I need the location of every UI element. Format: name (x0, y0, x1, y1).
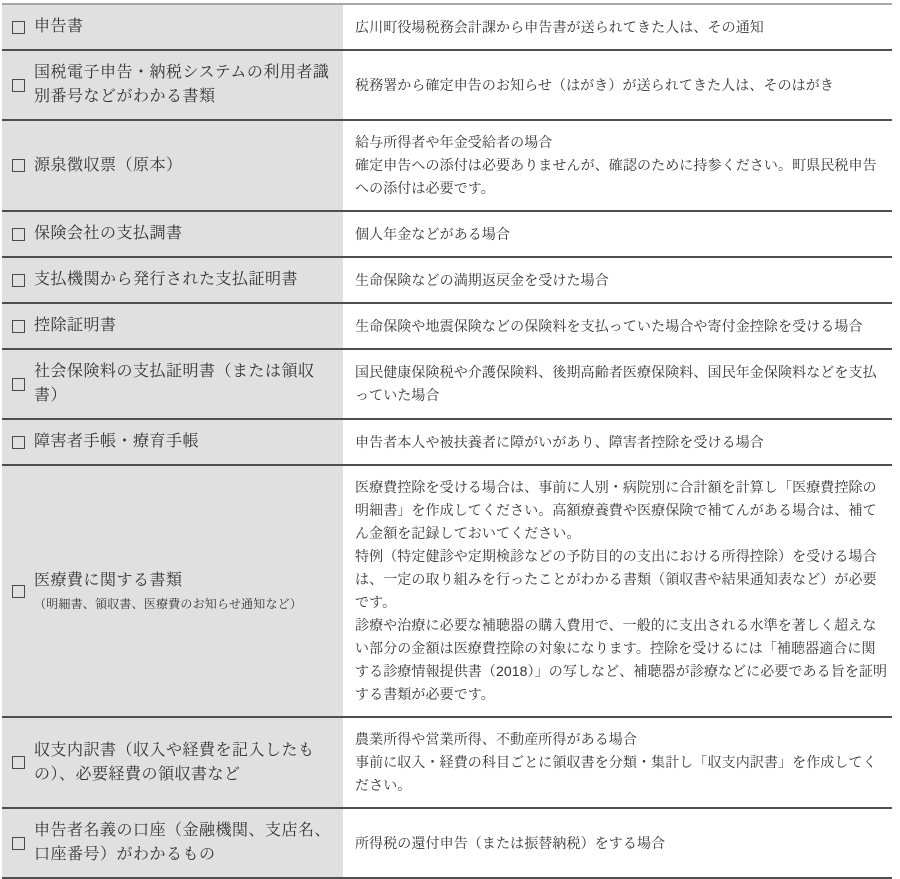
checkbox-icon[interactable] (12, 274, 25, 287)
document-checklist-table: 申告書 広川町役場税務会計課から申告書が送られてきた人は、その通知 国税電子申告… (2, 3, 892, 879)
checkbox-icon[interactable] (12, 79, 25, 92)
table-row: 源泉徴収票（原本） 給与所得者や年金受給者の場合 確定申告への添付は必要ありませ… (2, 121, 892, 212)
table-row: 収支内訳書（収入や経費を記入したもの）、必要経費の領収書など 農業所得や営業所得… (2, 718, 892, 809)
document-name: 申告書 (34, 15, 337, 39)
table-row: 障害者手帳・療育手帳 申告者本人や被扶養者に障がいがあり、障害者控除を受ける場合 (2, 420, 892, 466)
document-name: 医療費に関する書類 (34, 569, 337, 593)
document-name-cell: 支払機関から発行された支払証明書 (2, 258, 343, 302)
document-name: 社会保険料の支払証明書（または領収書） (34, 360, 337, 408)
table-row: 国税電子申告・納税システムの利用者識別番号などがわかる書類 税務署から確定申告の… (2, 51, 892, 121)
table-row: 医療費に関する書類 （明細書、領収書、医療費のお知らせ通知など） 医療費控除を受… (2, 466, 892, 718)
document-name: 障害者手帳・療育手帳 (34, 430, 337, 454)
description-text: 生命保険などの満期返戻金を受けた場合 (355, 269, 609, 292)
checkbox-icon[interactable] (12, 159, 25, 172)
document-name-cell: 申告書 (2, 5, 343, 49)
checkbox-icon[interactable] (12, 436, 25, 449)
checkbox-icon[interactable] (12, 756, 25, 769)
description-cell: 生命保険などの満期返戻金を受けた場合 (343, 258, 892, 302)
description-cell: 医療費控除を受ける場合は、事前に人別・病院別に合計額を計算し「医療費控除の明細書… (343, 466, 892, 716)
table-row: 申告者名義の口座（金融機関、支店名、口座番号）がわかるもの 所得税の還付申告（ま… (2, 809, 892, 879)
table-row: 社会保険料の支払証明書（または領収書） 国民健康保険税や介護保険料、後期高齢者医… (2, 350, 892, 420)
description-cell: 国民健康保険税や介護保険料、後期高齢者医療保険料、国民年金保険料などを支払ってい… (343, 350, 892, 418)
description-text: 所得税の還付申告（または振替納税）をする場合 (355, 832, 665, 855)
document-name: 控除証明書 (34, 314, 337, 338)
description-cell: 農業所得や営業所得、不動産所得がある場合 事前に収入・経費の科目ごとに領収書を分… (343, 718, 892, 807)
document-name-cell: 国税電子申告・納税システムの利用者識別番号などがわかる書類 (2, 51, 343, 119)
checkbox-icon[interactable] (12, 378, 25, 391)
document-name: 支払機関から発行された支払証明書 (34, 268, 337, 292)
description-text: 医療費控除を受ける場合は、事前に人別・病院別に合計額を計算し「医療費控除の明細書… (355, 476, 888, 706)
checkbox-icon[interactable] (12, 585, 25, 598)
checkbox-icon[interactable] (12, 837, 25, 850)
table-row: 保険会社の支払調書 個人年金などがある場合 (2, 212, 892, 258)
checkbox-icon[interactable] (12, 320, 25, 333)
description-text: 農業所得や営業所得、不動産所得がある場合 事前に収入・経費の科目ごとに領収書を分… (355, 728, 888, 797)
description-cell: 個人年金などがある場合 (343, 212, 892, 256)
description-text: 申告者本人や被扶養者に障がいがあり、障害者控除を受ける場合 (355, 431, 764, 454)
description-text: 生命保険や地震保険などの保険料を支払っていた場合や寄付金控除を受ける場合 (355, 315, 863, 338)
description-text: 個人年金などがある場合 (355, 223, 510, 246)
description-cell: 広川町役場税務会計課から申告書が送られてきた人は、その通知 (343, 5, 892, 49)
document-name-cell: 控除証明書 (2, 304, 343, 348)
document-name-cell: 収支内訳書（収入や経費を記入したもの）、必要経費の領収書など (2, 718, 343, 807)
description-cell: 税務署から確定申告のお知らせ（はがき）が送られてきた人は、そのはがき (343, 51, 892, 119)
checkbox-icon[interactable] (12, 228, 25, 241)
description-text: 給与所得者や年金受給者の場合 確定申告への添付は必要ありませんが、確認のために持… (355, 131, 888, 200)
document-name: 国税電子申告・納税システムの利用者識別番号などがわかる書類 (34, 61, 337, 109)
description-cell: 給与所得者や年金受給者の場合 確定申告への添付は必要ありませんが、確認のために持… (343, 121, 892, 210)
document-name-cell: 医療費に関する書類 （明細書、領収書、医療費のお知らせ通知など） (2, 466, 343, 716)
document-name-cell: 保険会社の支払調書 (2, 212, 343, 256)
description-text: 国民健康保険税や介護保険料、後期高齢者医療保険料、国民年金保険料などを支払ってい… (355, 361, 888, 407)
document-name-cell: 申告者名義の口座（金融機関、支店名、口座番号）がわかるもの (2, 809, 343, 877)
table-row: 支払機関から発行された支払証明書 生命保険などの満期返戻金を受けた場合 (2, 258, 892, 304)
document-name-note: （明細書、領収書、医療費のお知らせ通知など） (34, 596, 337, 613)
checkbox-icon[interactable] (12, 21, 25, 34)
description-cell: 所得税の還付申告（または振替納税）をする場合 (343, 809, 892, 877)
description-text: 広川町役場税務会計課から申告書が送られてきた人は、その通知 (355, 16, 764, 39)
document-name: 保険会社の支払調書 (34, 222, 337, 246)
document-name-cell: 社会保険料の支払証明書（または領収書） (2, 350, 343, 418)
document-name: 収支内訳書（収入や経費を記入したもの）、必要経費の領収書など (34, 739, 337, 787)
description-text: 税務署から確定申告のお知らせ（はがき）が送られてきた人は、そのはがき (355, 74, 834, 97)
description-cell: 生命保険や地震保険などの保険料を支払っていた場合や寄付金控除を受ける場合 (343, 304, 892, 348)
document-name: 源泉徴収票（原本） (34, 154, 337, 178)
description-cell: 申告者本人や被扶養者に障がいがあり、障害者控除を受ける場合 (343, 420, 892, 464)
document-name-cell: 源泉徴収票（原本） (2, 121, 343, 210)
table-row: 申告書 広川町役場税務会計課から申告書が送られてきた人は、その通知 (2, 5, 892, 51)
document-name: 申告者名義の口座（金融機関、支店名、口座番号）がわかるもの (34, 819, 337, 867)
table-row: 控除証明書 生命保険や地震保険などの保険料を支払っていた場合や寄付金控除を受ける… (2, 304, 892, 350)
document-name-cell: 障害者手帳・療育手帳 (2, 420, 343, 464)
